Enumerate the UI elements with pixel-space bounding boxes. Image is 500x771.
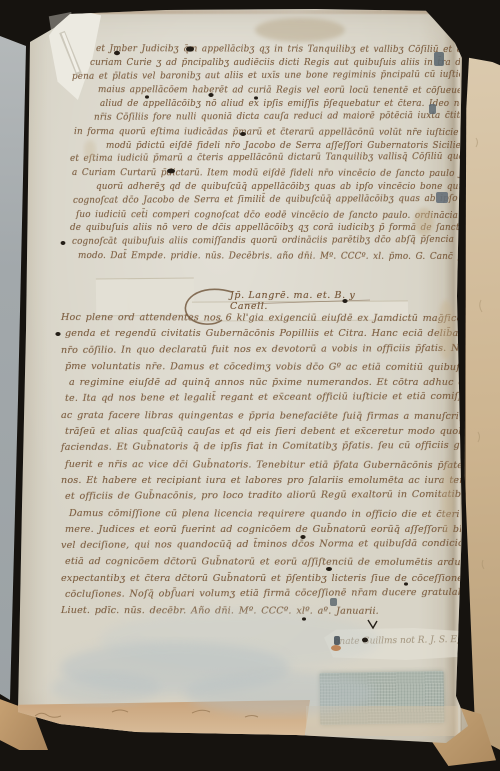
manuscript-line: modo. Dat̄ Empde. pridie. nūs. Decēbris.… bbox=[60, 251, 460, 266]
manuscript-line: genda et regendū civitatis Gubernācōnis … bbox=[58, 328, 461, 344]
manuscript-line: pena et p̄latis vel baronibʒ aut aliis e… bbox=[60, 69, 460, 85]
page-top-edge bbox=[56, 10, 456, 14]
manuscript-line: et officiis de Gub̄nacōnis, pro loco tra… bbox=[58, 489, 461, 507]
manuscript-line: Hoc plene ord attendentes nos 6 kl'gia e… bbox=[58, 312, 461, 329]
manuscript-line: faciendas. Et Gub̄natoris q̄ de ipſis fi… bbox=[58, 440, 461, 458]
manuscript-line: ac grata facere libras quingentas e p̄pr… bbox=[58, 410, 461, 427]
manuscript-line: nr̄is Cōſiliis fore nulli quoniā dicta c… bbox=[60, 111, 460, 127]
manuscript-page: et Jmber Judicibʒ q̄m appellācibʒ qʒ in … bbox=[16, 6, 468, 755]
manuscript-line: fuerit e nr̄is ac vice dc̄i Gub̄natoris.… bbox=[58, 459, 461, 476]
manuscript-line: te. Ita qd nos bene et legalit̄ regant e… bbox=[58, 391, 461, 409]
manuscript-line: cognoſcāt quibuſuis aliis comiſſandis qu… bbox=[60, 235, 460, 251]
manuscript-line: maius appellācōem haberēt ad curiā Regis… bbox=[60, 85, 460, 100]
next-page-fore-edge bbox=[464, 52, 500, 758]
manuscript-line: etiā ad cognicōem dc̄torū Gub̄natorū et … bbox=[58, 556, 461, 573]
manuscript-line: in forma quorū eſtima iudicādas p̄marū e… bbox=[60, 127, 460, 142]
manuscript-line: et eſtima iudiciū p̄marū a c̄teris appel… bbox=[60, 152, 460, 168]
document-2-text: Hoc plene ord attendentes nos 6 kl'gia e… bbox=[58, 312, 461, 624]
signature-text: Jp̄. Langrē. ma. et. B. y Canell. bbox=[230, 290, 394, 312]
binding-guard-strip bbox=[16, 700, 310, 740]
manuscript-line: p̄me voluntatis nr̄e. Damus et cōcedimʒ … bbox=[58, 361, 461, 378]
manuscript-line: nr̄o cōſilio. In quo declaratū fuit nos … bbox=[58, 342, 461, 360]
document-1-text: et Jmber Judicibʒ q̄m appellācibʒ qʒ in … bbox=[60, 44, 460, 268]
manuscript-line: a Curiam Curtarū p̄dictarū. Item modū ei… bbox=[60, 168, 460, 183]
binding-guard-strip-faded bbox=[306, 706, 458, 736]
manuscript-line: cōcluſiones. Noſq̄ obſ̄uari volumʒ etiā … bbox=[58, 587, 461, 605]
manuscript-line: vel deciſione, qui nos quandocūq̄ ad t̄m… bbox=[58, 538, 461, 556]
manuscript-line: et Jmber Judicibʒ q̄m appellācibʒ qʒ in … bbox=[60, 44, 460, 59]
manuscript-photo: et Jmber Judicibʒ q̄m appellācibʒ qʒ in … bbox=[0, 0, 500, 771]
manuscript-line: cognoſcat dc̄o Jacobo de Serra et ſimili… bbox=[60, 194, 460, 210]
manuscript-line: Liuet. pdīc. nūs. decēbr. Año dn̄i. Mº. … bbox=[58, 605, 461, 622]
manuscript-line: Damus cōmiſſione cū plena licencia requi… bbox=[58, 508, 461, 525]
